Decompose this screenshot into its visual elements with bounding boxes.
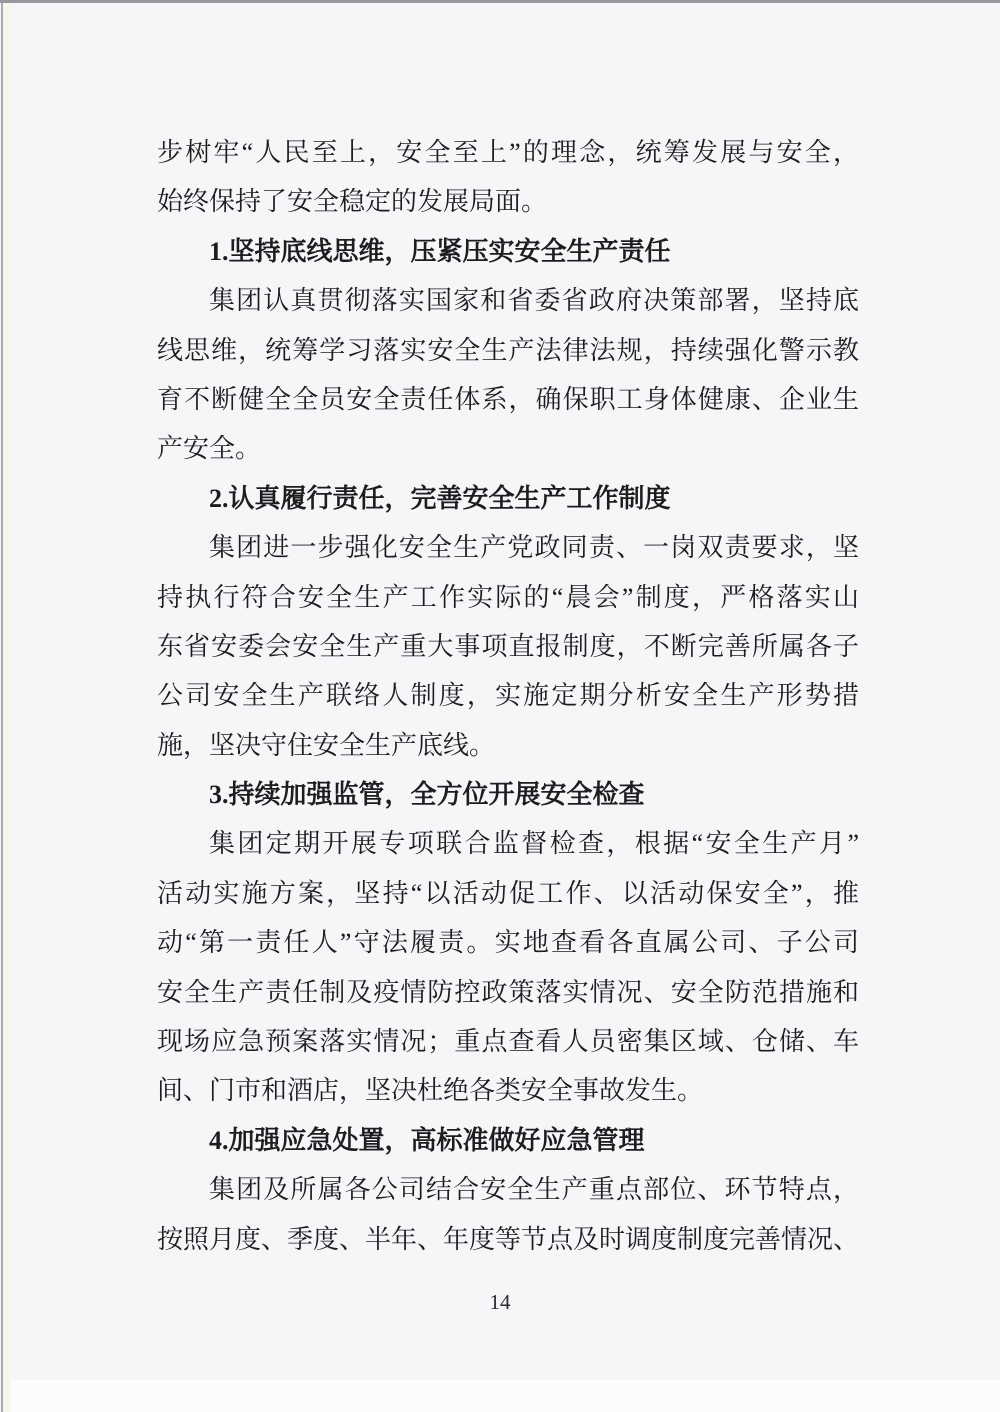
page-number: 14 [0, 1287, 1000, 1317]
text-line: 现场应急预案落实情况；重点查看人员密集区域、仓储、车 [157, 1017, 859, 1066]
text-line: 东省安委会安全生产重大事项直报制度，不断完善所属各子 [157, 622, 859, 671]
text-line: 步树牢“人民至上，安全至上”的理念，统筹发展与安全， [157, 128, 859, 177]
text-line: 动“第一责任人”守法履责。实地查看各直属公司、子公司 [157, 918, 859, 967]
section-heading-1: 1.坚持底线思维，压紧压实安全生产责任 [157, 227, 859, 276]
section-heading-4: 4.加强应急处置，高标准做好应急管理 [157, 1116, 859, 1165]
text-line: 产安全。 [157, 424, 859, 473]
text-line: 始终保持了安全稳定的发展局面。 [157, 177, 859, 226]
text-line: 线思维，统筹学习落实安全生产法律法规，持续强化警示教 [157, 326, 859, 375]
scan-bottom-strip [10, 1380, 1000, 1412]
text-line: 间、门市和酒店，坚决杜绝各类安全事故发生。 [157, 1066, 859, 1115]
text-line: 施，坚决守住安全生产底线。 [157, 721, 859, 770]
section-heading-2: 2.认真履行责任，完善安全生产工作制度 [157, 474, 859, 523]
text-line: 集团及所属各公司结合安全生产重点部位、环节特点， [157, 1165, 859, 1214]
text-line: 集团进一步强化安全生产党政同责、一岗双责要求，坚 [157, 523, 859, 572]
text-line: 育不断健全全员安全责任体系，确保职工身体健康、企业生 [157, 375, 859, 424]
text-line: 活动实施方案，坚持“以活动促工作、以活动保安全”，推 [157, 869, 859, 918]
text-line: 持执行符合安全生产工作实际的“晨会”制度，严格落实山 [157, 573, 859, 622]
section-heading-3: 3.持续加强监管，全方位开展安全检查 [157, 770, 859, 819]
scan-edge-left-strip [3, 3, 10, 1412]
text-line: 按照月度、季度、半年、年度等节点及时调度制度完善情况、 [157, 1215, 859, 1264]
document-body: 步树牢“人民至上，安全至上”的理念，统筹发展与安全， 始终保持了安全稳定的发展局… [157, 128, 859, 1264]
scanned-document-page: 步树牢“人民至上，安全至上”的理念，统筹发展与安全， 始终保持了安全稳定的发展局… [0, 0, 1000, 1412]
scan-edge-top [0, 0, 1000, 3]
text-line: 安全生产责任制及疫情防控政策落实情况、安全防范措施和 [157, 968, 859, 1017]
text-line: 集团认真贯彻落实国家和省委省政府决策部署，坚持底 [157, 276, 859, 325]
text-line: 集团定期开展专项联合监督检查，根据“安全生产月” [157, 819, 859, 868]
text-line: 公司安全生产联络人制度，实施定期分析安全生产形势措 [157, 671, 859, 720]
